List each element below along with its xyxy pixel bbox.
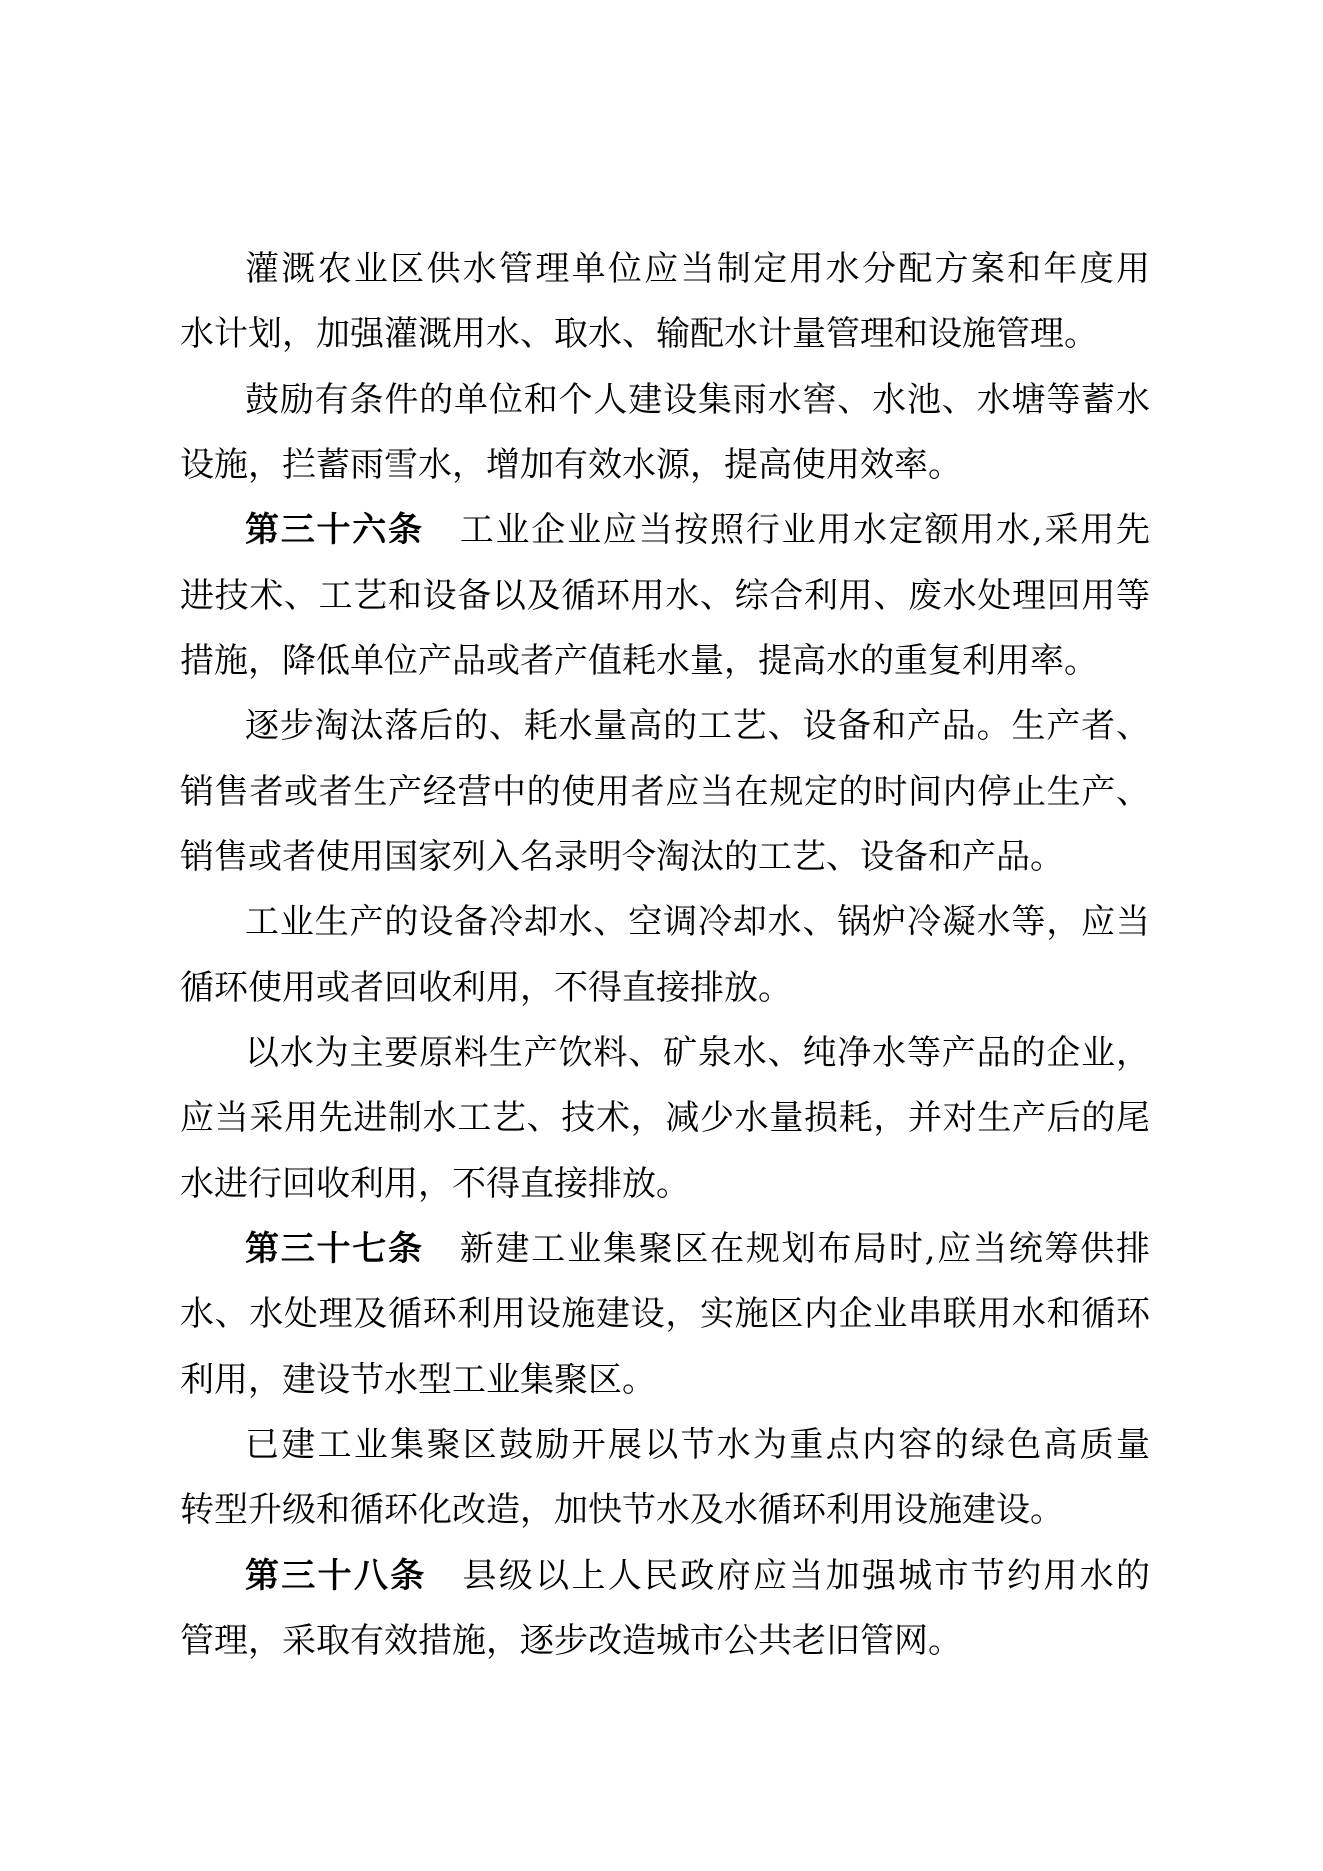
text-line: 第三十八条县级以上人民政府应当加强城市节约用水的 — [180, 1544, 1150, 1609]
text-line: 鼓励有条件的单位和个人建设集雨水窖、水池、水塘等蓄水 — [180, 368, 1150, 433]
text-line: 管理，采取有效措施，逐步改造城市公共老旧管网。 — [180, 1609, 1150, 1674]
text-line: 第三十七条新建工业集聚区在规划布局时,应当统筹供排 — [180, 1217, 1150, 1282]
document-body: 灌溉农业区供水管理单位应当制定用水分配方案和年度用水计划，加强灌溉用水、取水、输… — [180, 237, 1150, 1674]
document-page: 灌溉农业区供水管理单位应当制定用水分配方案和年度用水计划，加强灌溉用水、取水、输… — [0, 0, 1323, 1871]
article-number: 第三十七条 — [245, 1229, 424, 1269]
text-line: 进技术、工艺和设备以及循环用水、综合利用、废水处理回用等 — [180, 564, 1150, 629]
text-line: 应当采用先进制水工艺、技术，减少水量损耗，并对生产后的尾 — [180, 1086, 1150, 1151]
text-line: 销售者或者生产经营中的使用者应当在规定的时间内停止生产、 — [180, 760, 1150, 825]
text-line: 水计划，加强灌溉用水、取水、输配水计量管理和设施管理。 — [180, 302, 1150, 367]
article-number: 第三十八条 — [245, 1556, 427, 1596]
text-line: 利用，建设节水型工业集聚区。 — [180, 1348, 1150, 1413]
text-line: 水进行回收利用，不得直接排放。 — [180, 1152, 1150, 1217]
text-line: 水、水处理及循环利用设施建设，实施区内企业串联用水和循环 — [180, 1282, 1150, 1347]
text-line: 转型升级和循环化改造，加快节水及水循环利用设施建设。 — [180, 1478, 1150, 1543]
text-line: 逐步淘汰落后的、耗水量高的工艺、设备和产品。生产者、 — [180, 694, 1150, 759]
text-line: 销售或者使用国家列入名录明令淘汰的工艺、设备和产品。 — [180, 825, 1150, 890]
article-number: 第三十六条 — [245, 510, 424, 550]
text-line: 第三十六条工业企业应当按照行业用水定额用水,采用先 — [180, 498, 1150, 563]
text-line: 工业生产的设备冷却水、空调冷却水、锅炉冷凝水等，应当 — [180, 890, 1150, 955]
text-line: 设施，拦蓄雨雪水，增加有效水源，提高使用效率。 — [180, 433, 1150, 498]
text-line: 灌溉农业区供水管理单位应当制定用水分配方案和年度用 — [180, 237, 1150, 302]
text-line: 措施，降低单位产品或者产值耗水量，提高水的重复利用率。 — [180, 629, 1150, 694]
text-line: 已建工业集聚区鼓励开展以节水为重点内容的绿色高质量 — [180, 1413, 1150, 1478]
text-line: 以水为主要原料生产饮料、矿泉水、纯净水等产品的企业， — [180, 1021, 1150, 1086]
text-line: 循环使用或者回收利用，不得直接排放。 — [180, 956, 1150, 1021]
